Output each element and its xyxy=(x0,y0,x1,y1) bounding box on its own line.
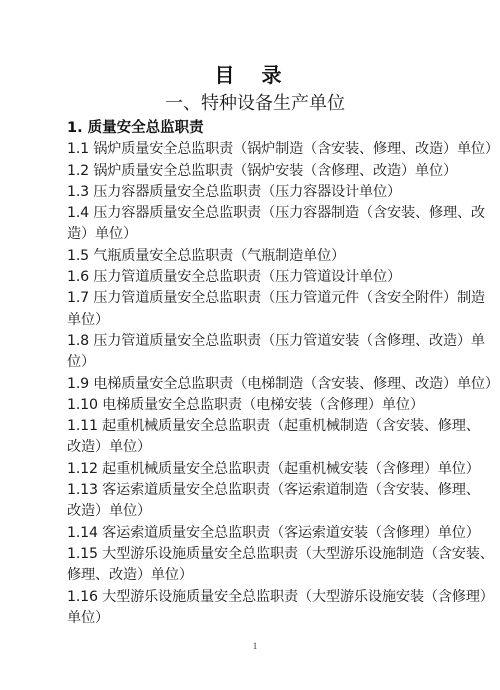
toc-entry-1-8-continued[interactable]: 位） xyxy=(67,352,445,373)
toc-entry-1-4[interactable]: 1.4 压力容器质量安全总监职责（压力容器制造（含安装、修理、改 xyxy=(67,203,445,224)
toc-entry-1-8[interactable]: 1.8 压力管道质量安全总监职责（压力管道安装（含修理、改造）单 xyxy=(67,331,445,352)
toc-entry-1-12[interactable]: 1.12 起重机械质量安全总监职责（起重机械安装（含修理）单位） xyxy=(67,459,445,480)
toc-entry-1-10[interactable]: 1.10 电梯质量安全总监职责（电梯安装（含修理）单位） xyxy=(67,395,445,416)
toc-title: 目 录 xyxy=(0,59,500,88)
toc-entry-1-11[interactable]: 1.11 起重机械质量安全总监职责（起重机械制造（含安装、修理、 xyxy=(67,416,445,437)
toc-entry-1-1[interactable]: 1.1 锅炉质量安全总监职责（锅炉制造（含安装、修理、改造）单位） xyxy=(67,139,445,160)
toc-entry-1-16-continued[interactable]: 单位） xyxy=(67,608,445,629)
toc-entry-1-2[interactable]: 1.2 锅炉质量安全总监职责（锅炉安装（含修理、改造）单位） xyxy=(67,161,445,182)
toc-entry-1-11-continued[interactable]: 改造）单位） xyxy=(67,437,445,458)
toc-entry-1-15[interactable]: 1.15 大型游乐设施质量安全总监职责（大型游乐设施制造（含安装、 xyxy=(67,544,445,565)
table-of-contents: 1. 质量安全总监职责 1.1 锅炉质量安全总监职责（锅炉制造（含安装、修理、改… xyxy=(67,118,445,629)
toc-entry-1-14[interactable]: 1.14 客运索道质量安全总监职责（客运索道安装（含修理）单位） xyxy=(67,523,445,544)
toc-entry-1-13[interactable]: 1.13 客运索道质量安全总监职责（客运索道制造（含安装、修理、 xyxy=(67,480,445,501)
toc-entry-1-15-continued[interactable]: 修理、改造）单位） xyxy=(67,565,445,586)
chapter-title: 一、特种设备生产单位 xyxy=(0,89,500,115)
document-page: 目 录 一、特种设备生产单位 1. 质量安全总监职责 1.1 锅炉质量安全总监职… xyxy=(0,0,500,690)
toc-entry-1-16[interactable]: 1.16 大型游乐设施质量安全总监职责（大型游乐设施安装（含修理） xyxy=(67,587,445,608)
toc-entry-1-3[interactable]: 1.3 压力容器质量安全总监职责（压力容器设计单位） xyxy=(67,182,445,203)
toc-entry-1-6[interactable]: 1.6 压力管道质量安全总监职责（压力管道设计单位） xyxy=(67,267,445,288)
toc-entry-1-9[interactable]: 1.9 电梯质量安全总监职责（电梯制造（含安装、修理、改造）单位） xyxy=(67,374,445,395)
toc-entry-1-7-continued[interactable]: 单位） xyxy=(67,310,445,331)
section-heading[interactable]: 1. 质量安全总监职责 xyxy=(67,118,445,139)
toc-entry-1-5[interactable]: 1.5 气瓶质量安全总监职责（气瓶制造单位） xyxy=(67,246,445,267)
toc-entry-1-4-continued[interactable]: 造）单位） xyxy=(67,224,445,245)
toc-entry-1-13-continued[interactable]: 改造）单位） xyxy=(67,501,445,522)
page-number: 1 xyxy=(0,641,500,651)
toc-entry-1-7[interactable]: 1.7 压力管道质量安全总监职责（压力管道元件（含安全附件）制造 xyxy=(67,288,445,309)
